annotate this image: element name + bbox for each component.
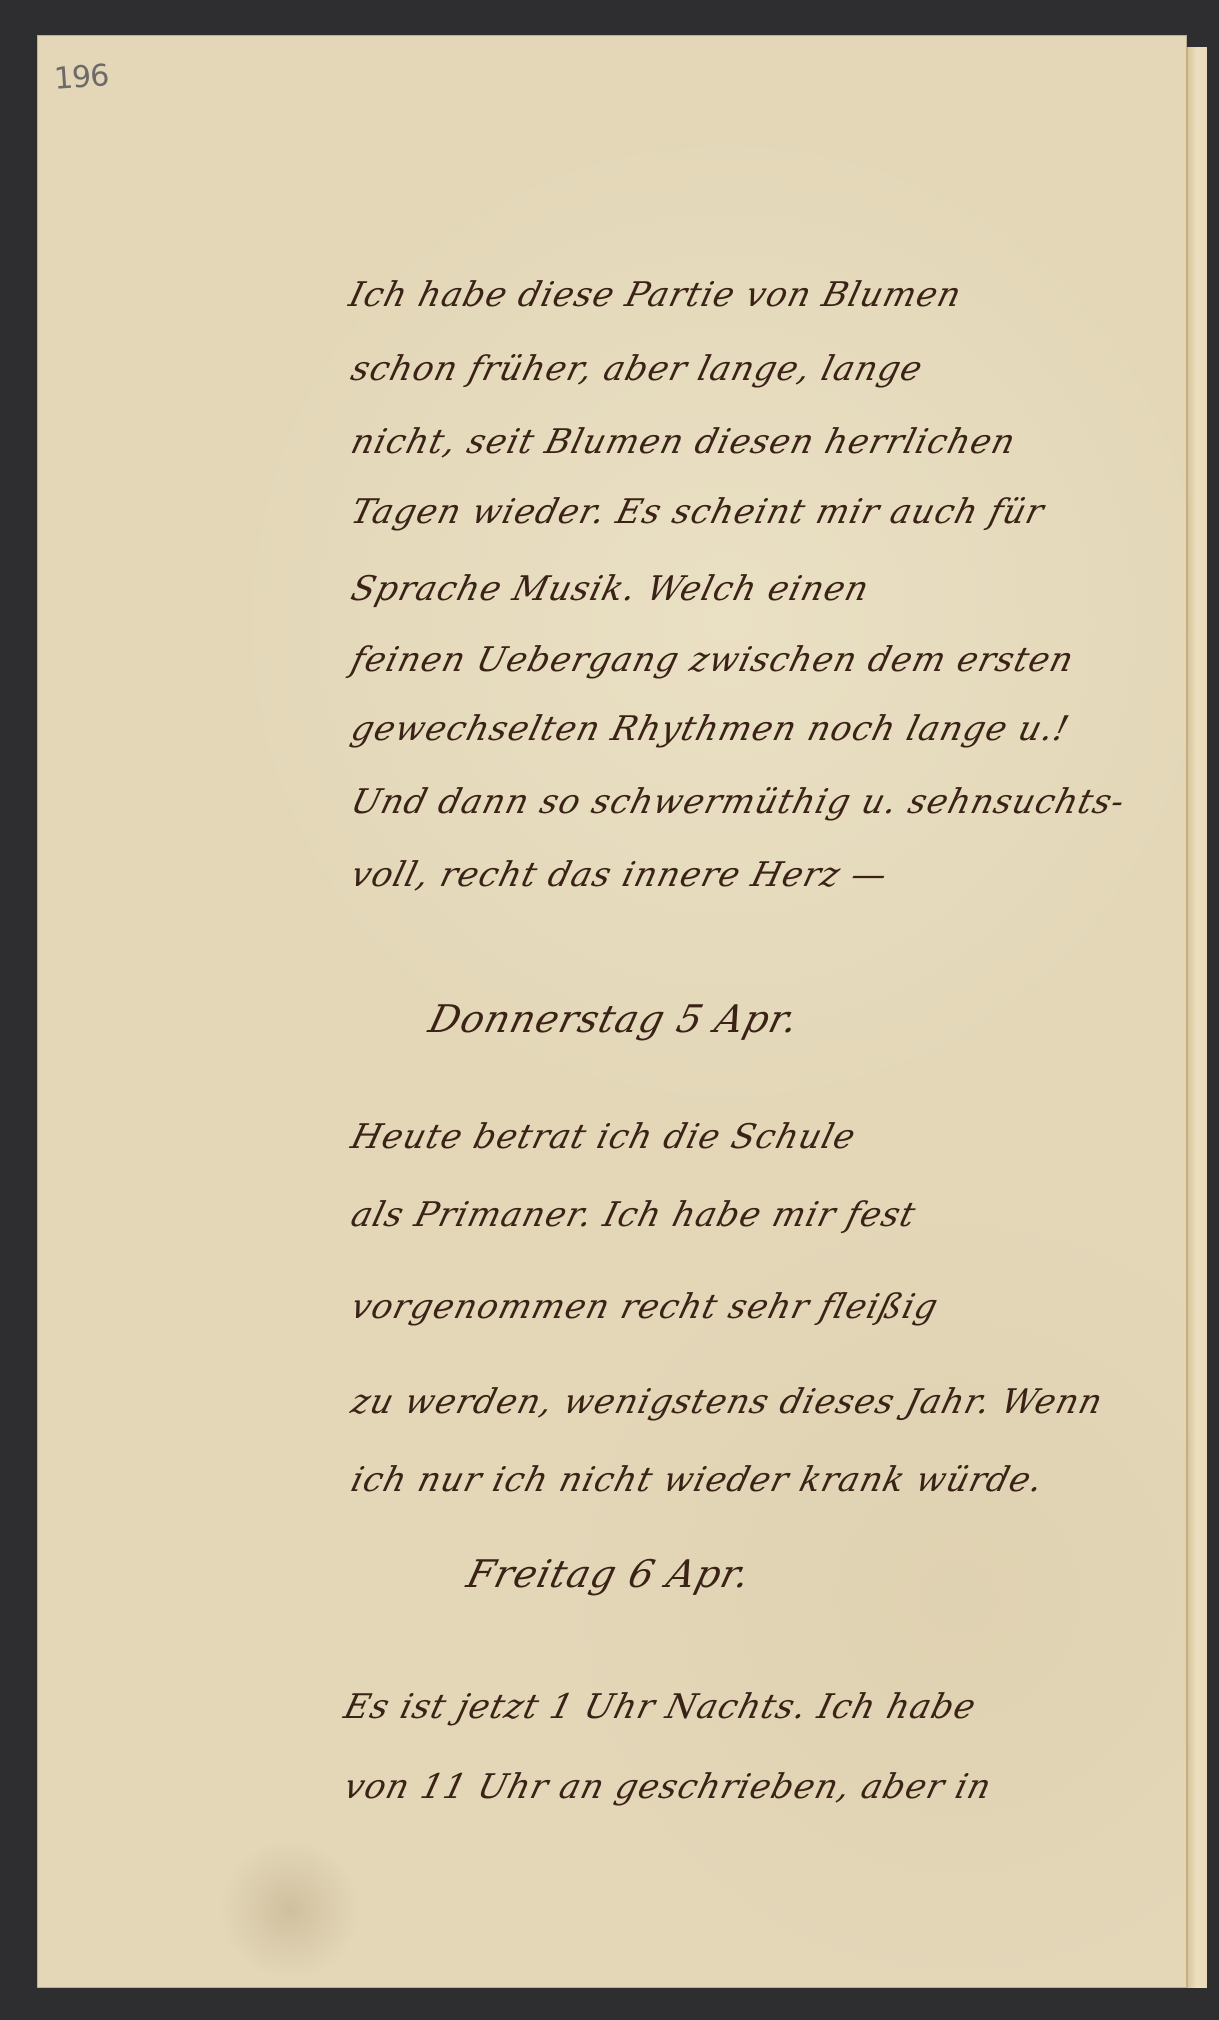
manuscript-line: voll, recht das innere Herz — [348,858,891,892]
line-text: gewechselten Rhythmen noch lange u.! [347,709,1074,749]
manuscript-line: ich nur ich nicht wieder krank würde. [348,1463,1047,1497]
manuscript-line: Heute betrat ich die Schule [348,1120,860,1154]
manuscript-line: Tagen wieder. Es scheint mir auch für [348,495,1048,529]
manuscript-line: nicht, seit Blumen diesen herrlichen [348,425,1019,459]
scanned-manuscript: 196 Ich habe diese Partie von Blumen sch… [0,0,1219,2020]
manuscript-line: als Primaner. Ich habe mir fest [348,1198,920,1232]
manuscript-line: feinen Uebergang zwischen dem ersten [348,643,1078,677]
manuscript-line: Und dann so schwermüthig u. sehnsuchts- [348,785,1129,819]
manuscript-line: zu werden, wenigstens dieses Jahr. Wenn [348,1385,1107,1419]
entry-date-heading: Donnerstag 5 Apr. [425,1000,802,1038]
manuscript-line: Ich habe diese Partie von Blumen [346,278,965,312]
manuscript-line: Es ist jetzt 1 Uhr Nachts. Ich habe [341,1690,980,1724]
manuscript-line: gewechselten Rhythmen noch lange u.! [348,712,1073,746]
line-text: voll, recht das innere Herz — [347,855,892,895]
manuscript-text: Ich habe diese Partie von Blumen schon f… [0,0,1219,2020]
manuscript-line: vorgenommen recht sehr fleißig [348,1290,942,1324]
manuscript-line: Sprache Musik. Welch einen [348,572,873,606]
entry-date-heading: Freitag 6 Apr. [463,1555,754,1593]
manuscript-line: schon früher, aber lange, lange [348,352,927,386]
manuscript-line: von 11 Uhr an geschrieben, aber in [341,1770,995,1804]
